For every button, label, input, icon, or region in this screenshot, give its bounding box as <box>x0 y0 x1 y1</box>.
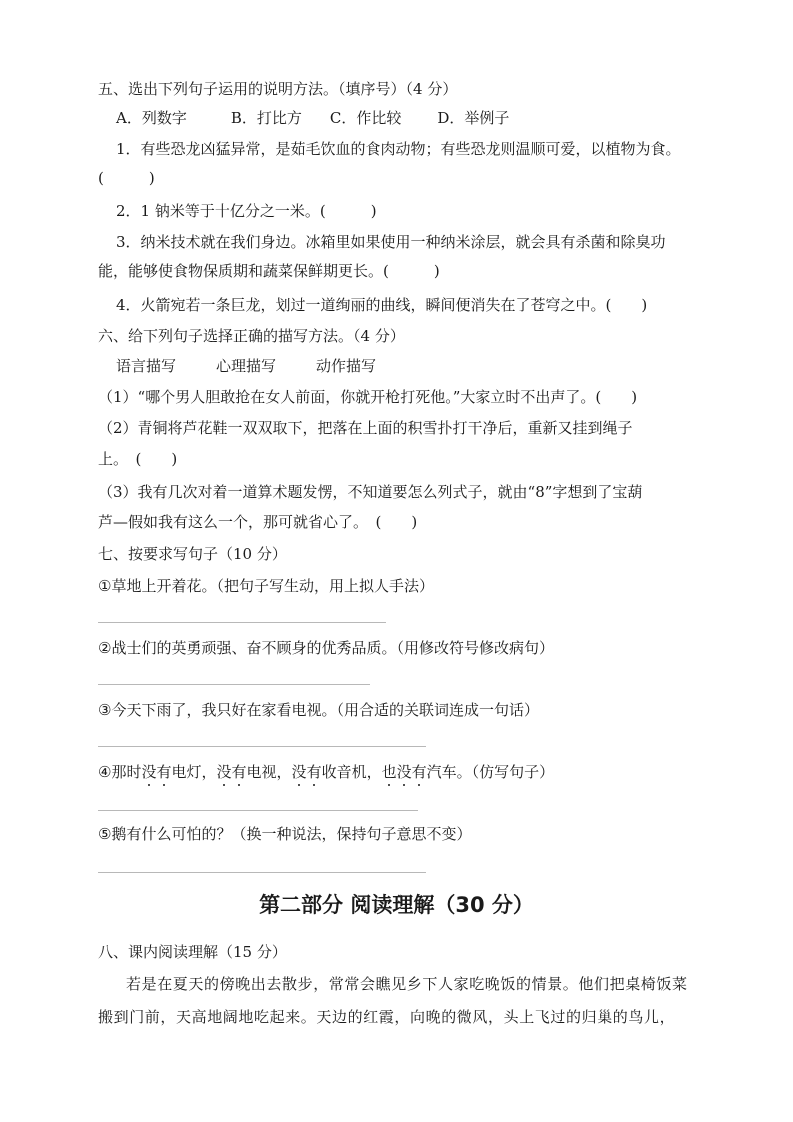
part-2-heading: 第二部分 阅读理解（30 分） <box>0 890 793 920</box>
option-psychology: 心理描写 <box>216 357 276 375</box>
option-a: A．列数字 <box>116 109 187 127</box>
section-5-q1-answer-blank[interactable]: ( ) <box>98 168 155 188</box>
section-6-q3-cont: 芦—假如我有这么一个，那可就省心了。 ( ) <box>98 512 417 532</box>
reading-paragraph-line-1: 若是在夏天的傍晚出去散步，常常会瞧见乡下人家吃晚饭的情景。他们把桌椅饭菜 <box>126 974 688 994</box>
section-5-options: A．列数字B．打比方C．作比较D．举例子 <box>116 108 509 128</box>
section-5-q4: 4．火箭宛若一条巨龙，划过一道绚丽的曲线，瞬间便消失在了苍穹之中。( ) <box>116 295 647 315</box>
section-5-q3-cont: 能，能够使食物保质期和蔬菜保鲜期更长。( ) <box>98 261 440 281</box>
section-6-title: 六、给下列句子选择正确的描写方法。（4 分） <box>98 326 405 346</box>
emphasis-char: 没 <box>292 763 307 781</box>
section-8-title: 八、课内阅读理解（15 分） <box>98 942 287 962</box>
emphasis-char: 没 <box>141 763 156 781</box>
section-5-q1: 1．有些恐龙凶猛异常，是茹毛饮血的食肉动物；有些恐龙则温顺可爱，以植物为食。 <box>116 139 681 159</box>
section-5-q3: 3．纳米技术就在我们身边。冰箱里如果使用一种纳米涂层，就会具有杀菌和除臭功 <box>116 232 666 252</box>
section-5-q2: 2．1 钠米等于十亿分之一米。( ) <box>116 201 377 221</box>
section-6-q1: （1）“哪个男人胆敢抢在女人前面，你就开枪打死他。”大家立时不出声了。( ) <box>98 387 637 407</box>
answer-line-2[interactable] <box>98 684 370 685</box>
answer-line-4[interactable] <box>98 810 418 811</box>
emphasis-char: 有 <box>232 763 247 781</box>
answer-line-1[interactable] <box>98 622 386 623</box>
emphasis-char: 也 <box>382 763 397 781</box>
section-7-q1: ①草地上开着花。（把句子写生动，用上拟人手法） <box>98 576 434 596</box>
answer-line-5[interactable] <box>98 872 426 873</box>
section-6-q2-cont: 上。 ( ) <box>98 449 177 469</box>
section-7-q4: ④那时没有电灯，没有电视，没有收音机，也没有汽车。（仿写句子） <box>98 762 554 782</box>
option-b: B．打比方 <box>231 109 302 127</box>
section-7-q5: ⑤鹅有什么可怕的？（换一种说法，保持句子意思不变） <box>98 824 471 844</box>
section-7-q3: ③今天下雨了，我只好在家看电视。（用合适的关联词连成一句话） <box>98 700 539 720</box>
option-c: C．作比较 <box>330 109 401 127</box>
section-7-title: 七、按要求写句子（10 分） <box>98 544 287 564</box>
answer-line-3[interactable] <box>98 746 426 747</box>
emphasis-char: 有 <box>412 763 427 781</box>
section-5-title: 五、选出下列句子运用的说明方法。（填序号）（4 分） <box>98 79 457 99</box>
emphasis-char: 有 <box>307 763 322 781</box>
section-6-q2: （2）青铜将芦花鞋一双双取下，把落在上面的积雪扑打干净后，重新又挂到绳子 <box>98 418 633 438</box>
option-d: D．举例子 <box>437 109 509 127</box>
emphasis-char: 有 <box>156 763 171 781</box>
option-action: 动作描写 <box>316 357 376 375</box>
section-7-q2: ②战士们的英勇顽强、奋不顾身的优秀品质。（用修改符号修改病句） <box>98 638 554 658</box>
emphasis-char: 没 <box>217 763 232 781</box>
reading-paragraph-line-2: 搬到门前，天高地阔地吃起来。天边的红霞，向晚的微风，头上飞过的归巢的鸟儿， <box>98 1007 675 1027</box>
section-6-q3: （3）我有几次对着一道算术题发愣，不知道要怎么列式子，就由“8”字想到了宝葫 <box>98 482 642 502</box>
option-language: 语言描写 <box>116 357 176 375</box>
section-6-options: 语言描写心理描写动作描写 <box>116 356 376 376</box>
emphasis-char: 没 <box>397 763 412 781</box>
